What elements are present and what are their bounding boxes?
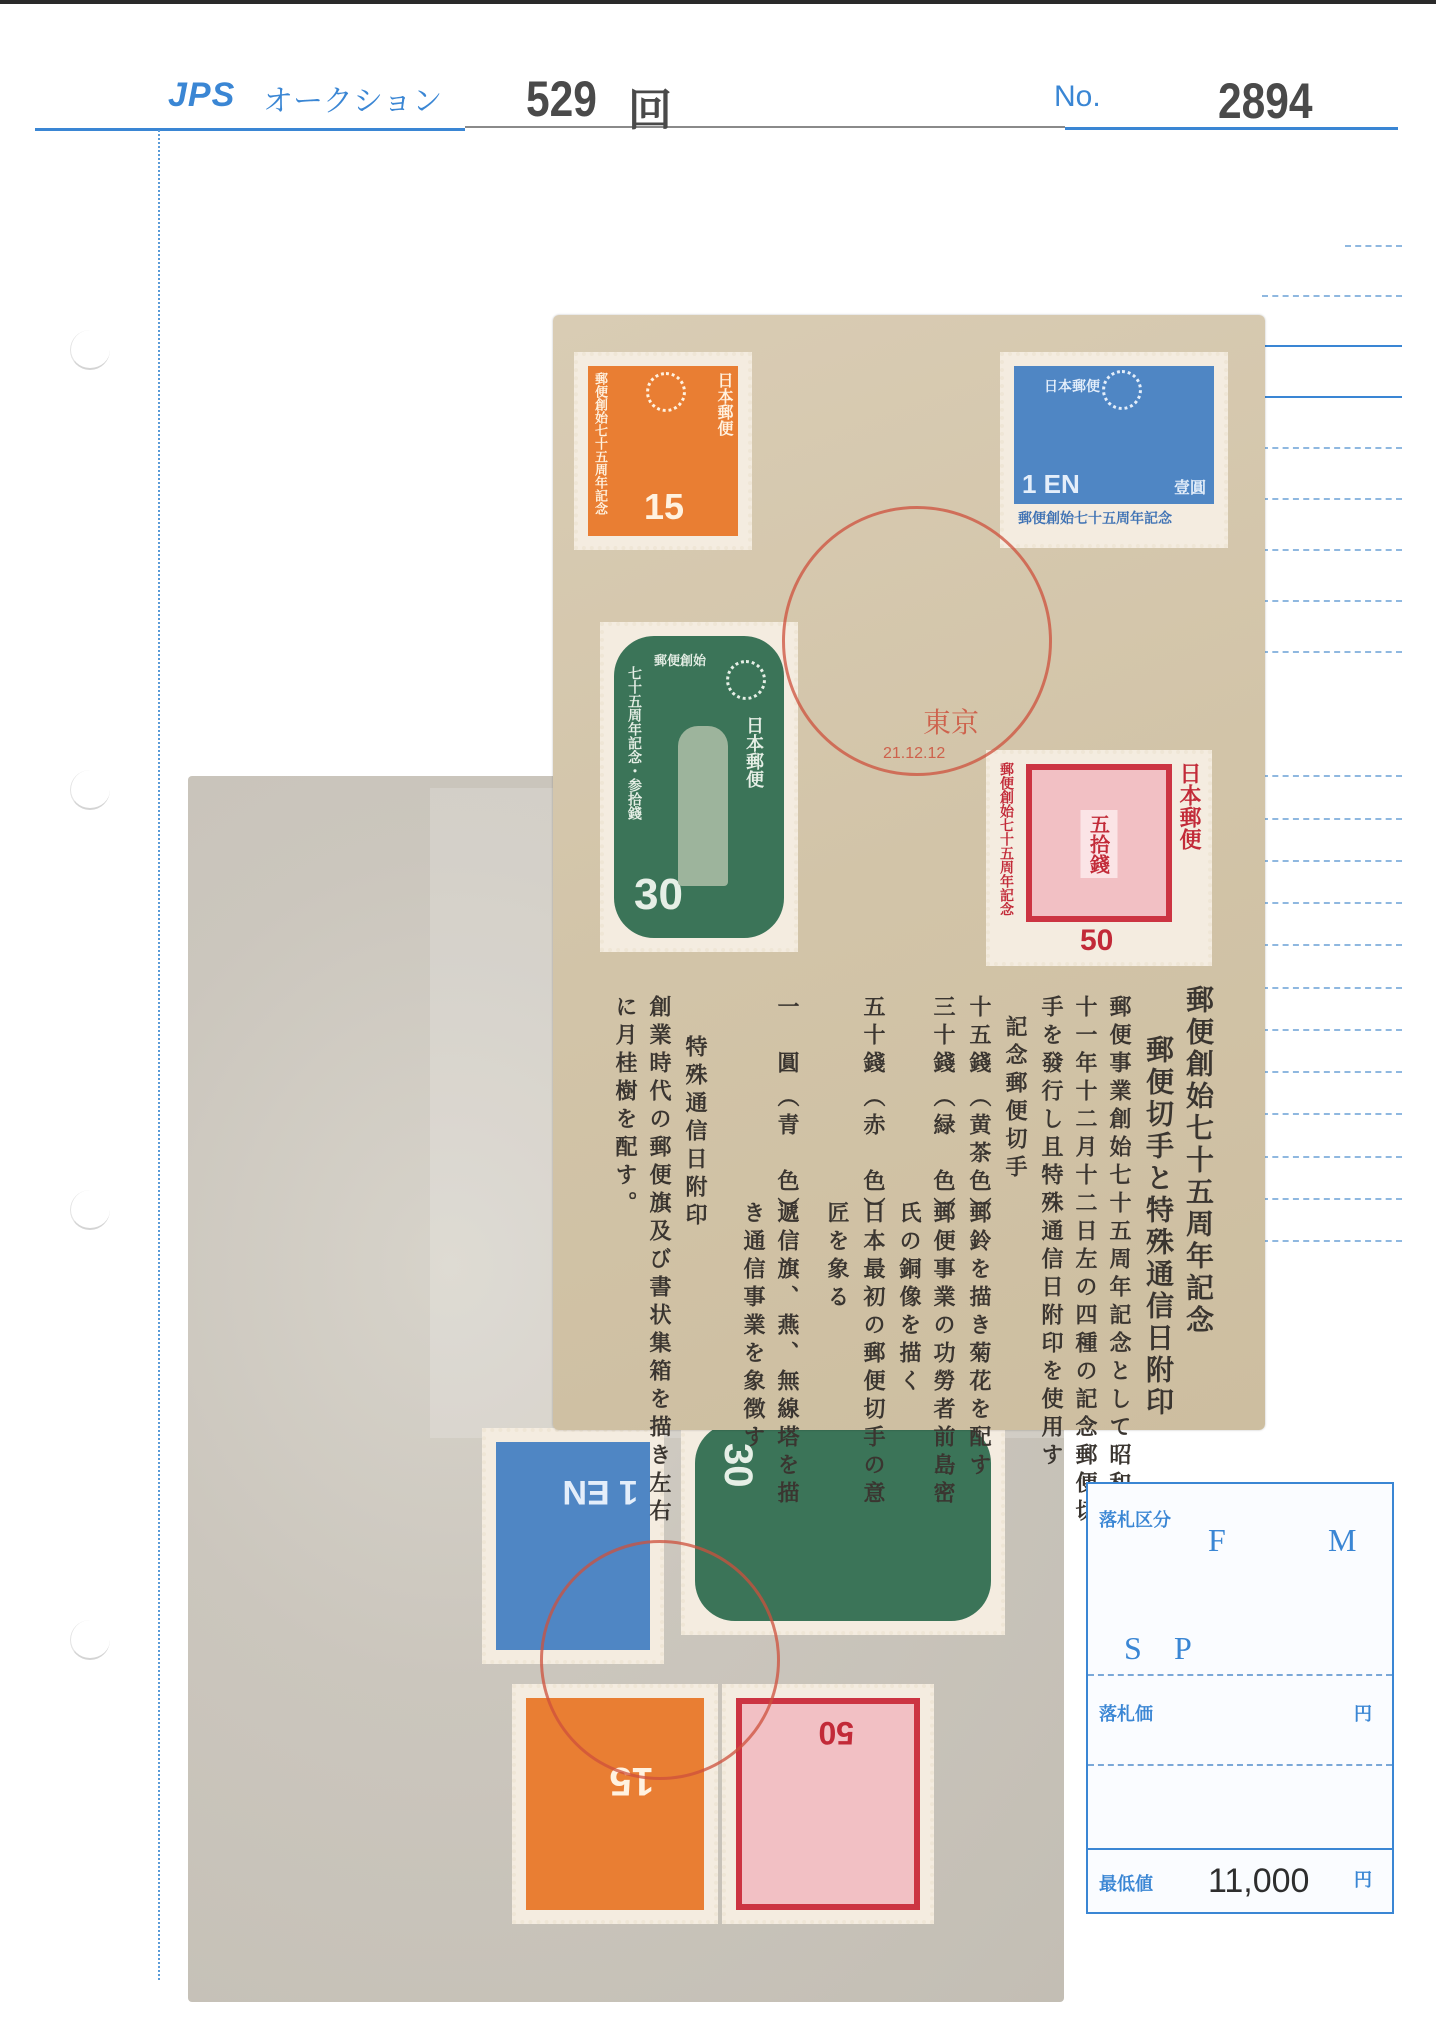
price-value[interactable] bbox=[1208, 1700, 1348, 1730]
brand-subtitle: オークション bbox=[263, 76, 442, 120]
lot-label: No. bbox=[1054, 80, 1101, 114]
stamp-1yen: 日本郵便 1 EN 壹圓 郵便創始七十五周年記念 bbox=[1000, 352, 1228, 548]
stamp-30sen: 30 日本郵便 七十五周年記念・参拾錢 郵便創始 bbox=[600, 622, 798, 952]
chrysanthemum-icon bbox=[726, 660, 766, 700]
card-subtitle: 郵便切手と特殊通信日附印 bbox=[1144, 1035, 1172, 1419]
header-rule-left bbox=[35, 128, 465, 131]
session-unit: 回 bbox=[628, 74, 672, 138]
minimum-price-row: 最低値 11,000 円 bbox=[1088, 1848, 1392, 1914]
binder-hole bbox=[70, 330, 110, 370]
grade-p[interactable]: P bbox=[1174, 1630, 1192, 1667]
min-label: 最低値 bbox=[1099, 1870, 1153, 1896]
price-yen: 円 bbox=[1354, 1700, 1372, 1726]
lot-number: 2894 bbox=[1218, 72, 1313, 130]
commemorative-postmark: 東京 21.12.12 bbox=[782, 506, 1052, 776]
price-label: 落札価 bbox=[1099, 1700, 1153, 1726]
margin-guide-line bbox=[158, 130, 160, 1980]
card-description: 郵便創始七十五周年記念 郵便切手と特殊通信日附印 郵便事業創始七十五周年記念とし… bbox=[600, 975, 1230, 1415]
grade-m[interactable]: M bbox=[1328, 1522, 1356, 1559]
stamp-15sen: 15 日本郵便 郵便創始七十五周年記念 bbox=[574, 352, 752, 550]
section-postmark-heading: 特殊通信日附印 bbox=[684, 1035, 706, 1231]
binder-hole bbox=[70, 1620, 110, 1660]
min-value: 11,000 bbox=[1208, 1862, 1309, 1901]
grade-s[interactable]: S bbox=[1124, 1630, 1142, 1667]
stamp-50sen: 五拾錢 50 日本郵便 郵便創始七十五周年記念 bbox=[986, 750, 1212, 966]
card-title: 郵便創始七十五周年記念 bbox=[1184, 985, 1212, 1337]
category-label: 落札区分 bbox=[1099, 1506, 1171, 1532]
min-yen: 円 bbox=[1354, 1866, 1372, 1892]
binder-hole bbox=[70, 1190, 110, 1230]
sleeve-postmark bbox=[540, 1540, 780, 1780]
binder-hole bbox=[70, 770, 110, 810]
bid-box: 落札区分 F M S P 落札価 円 最低値 11,000 円 bbox=[1086, 1482, 1394, 1914]
grade-f[interactable]: F bbox=[1208, 1522, 1226, 1559]
section-stamps-heading: 記念郵便切手 bbox=[1004, 1015, 1026, 1183]
chrysanthemum-icon bbox=[646, 372, 686, 412]
item-value: 十五錢 bbox=[968, 995, 990, 1079]
session-number: 529 bbox=[526, 70, 597, 128]
chrysanthemum-icon bbox=[1102, 370, 1142, 410]
brand-logo: JPS bbox=[168, 76, 235, 115]
statue-figure bbox=[678, 726, 728, 886]
scan-top-edge bbox=[0, 0, 1436, 4]
